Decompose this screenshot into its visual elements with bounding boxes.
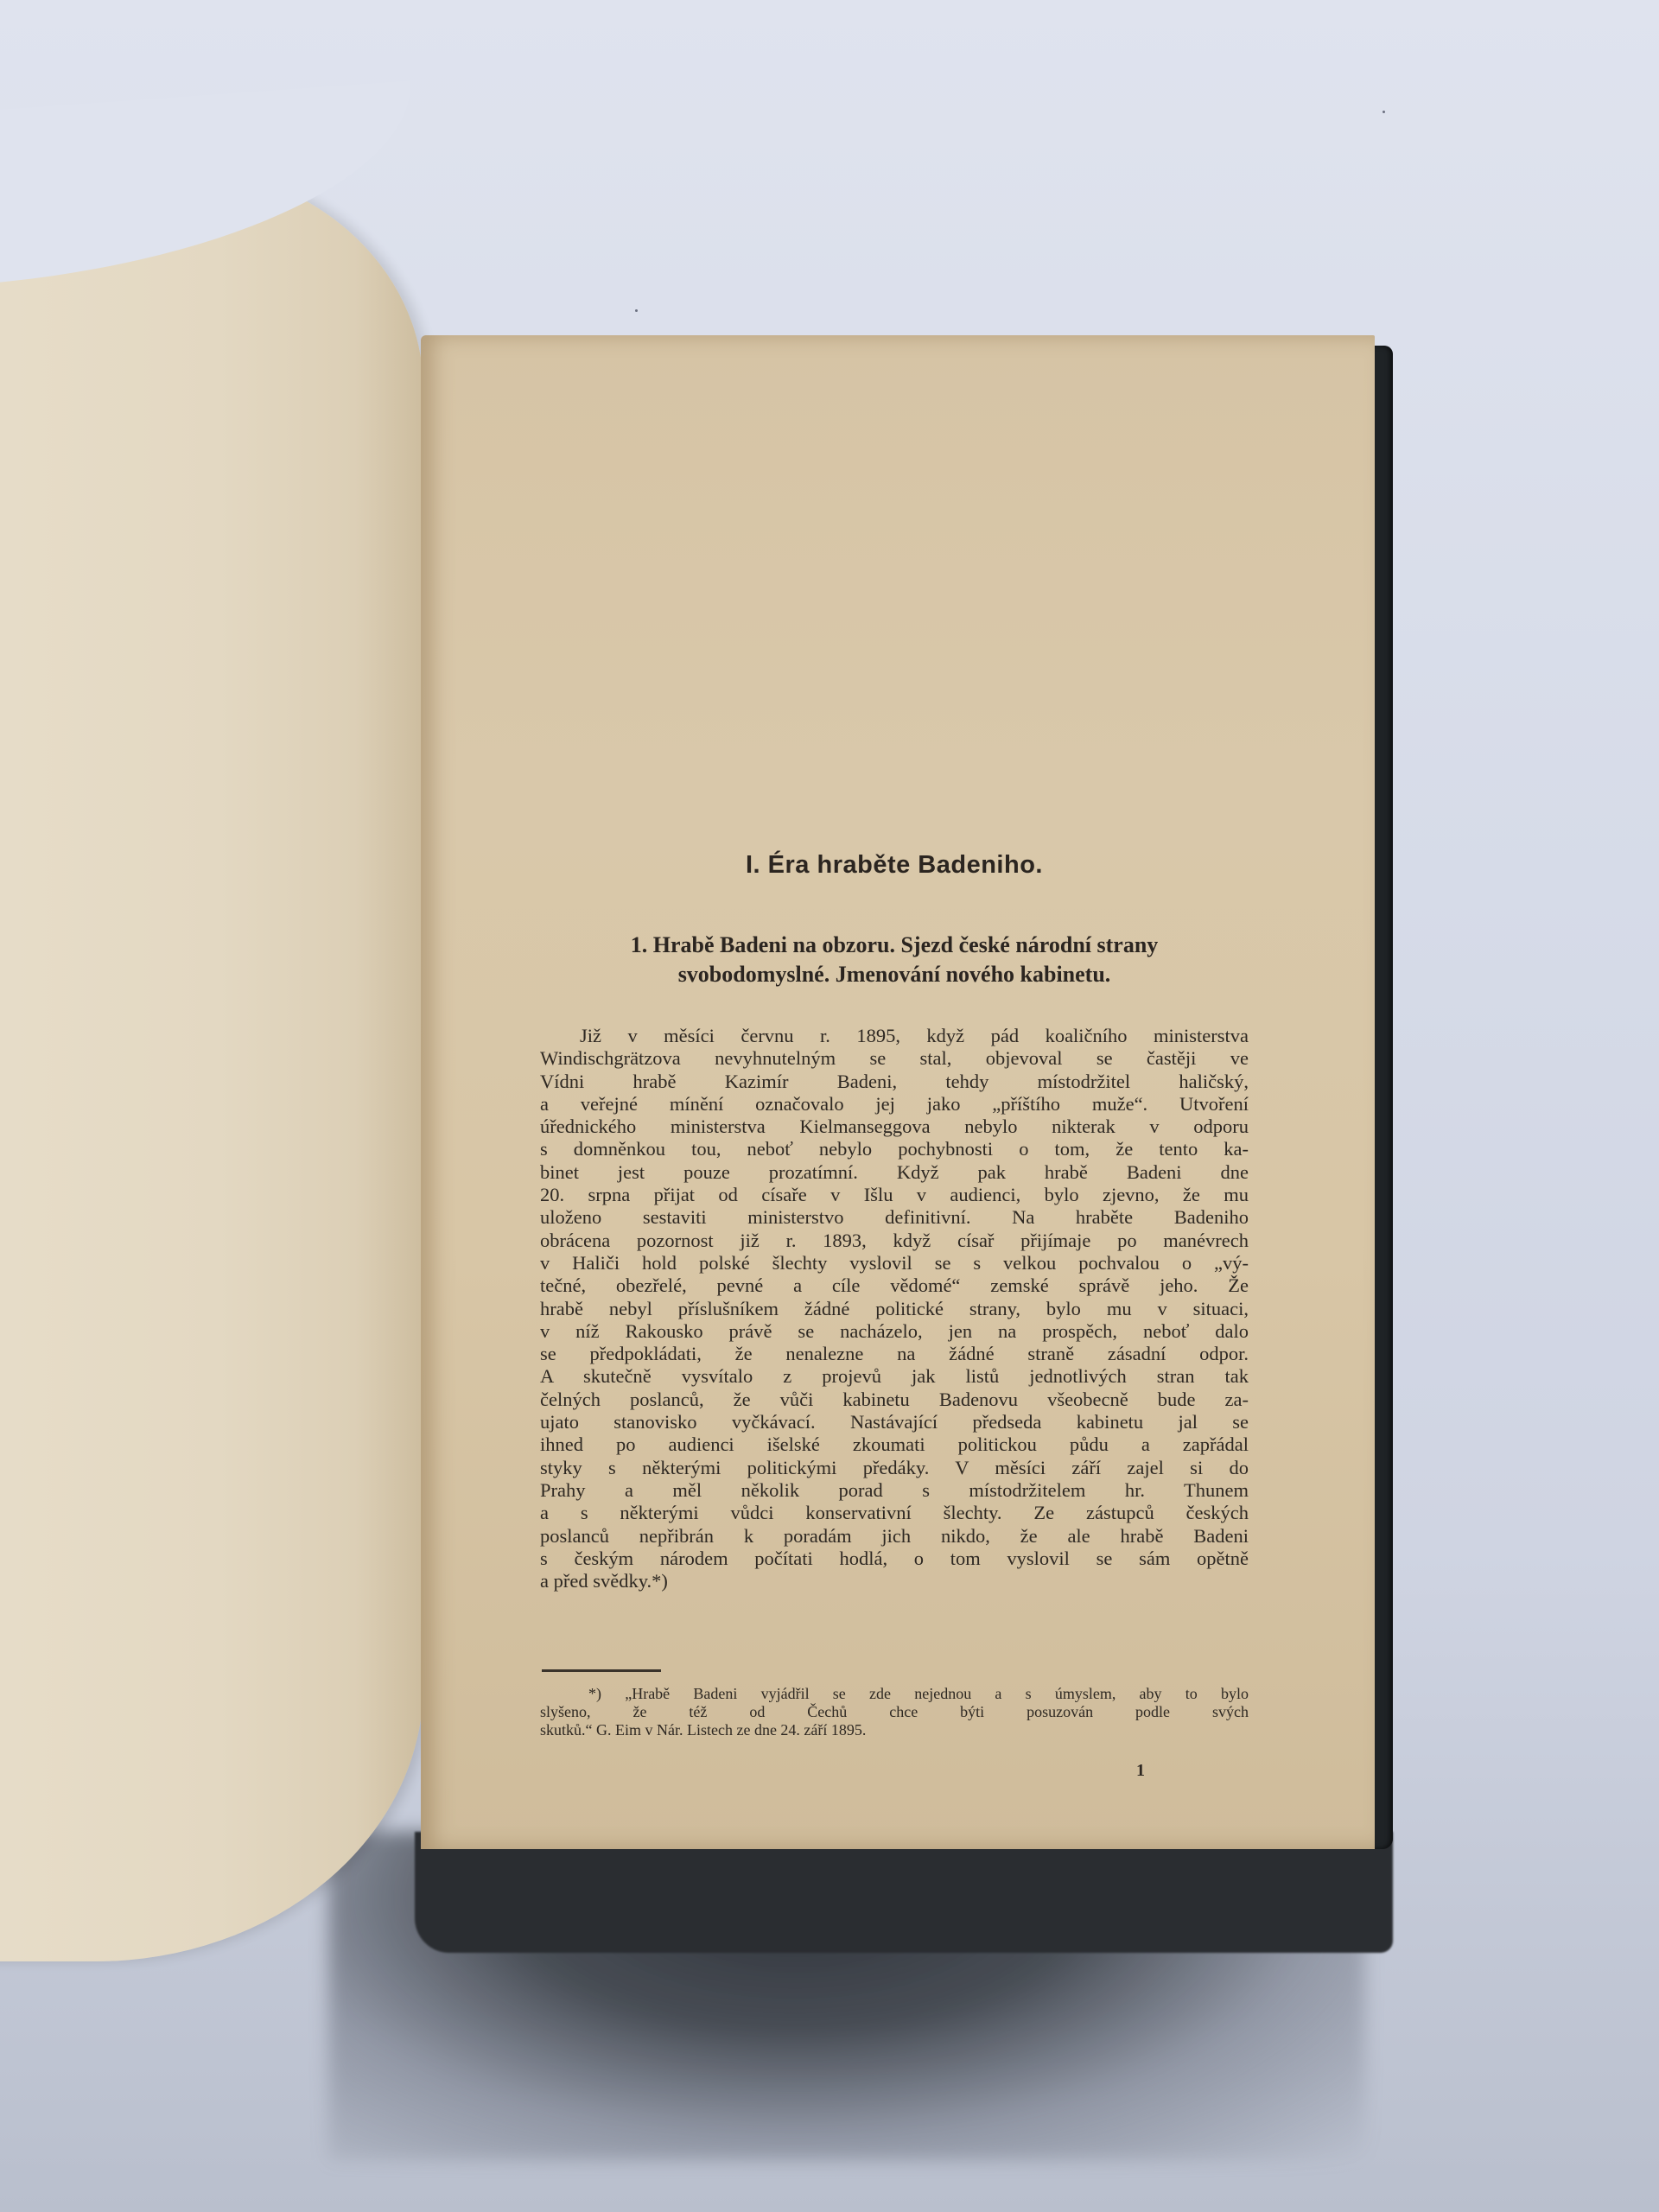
text-line: styky s některými politickými předáky. V…	[540, 1457, 1249, 1479]
footnote-line: slyšeno, že též od Čechů chce býti posuz…	[540, 1703, 1249, 1721]
section-heading: 1. Hrabě Badeni na obzoru. Sjezd české n…	[540, 931, 1249, 989]
text-line: hrabě nebyl příslušníkem žádné politické…	[540, 1298, 1249, 1320]
footnote-line: skutků.“ G. Eim v Nár. Listech ze dne 24…	[540, 1721, 1249, 1739]
section-heading-line: svobodomyslné. Jmenování nového kabinetu…	[540, 960, 1249, 989]
text-line: ihned po audienci išelské zkoumati polit…	[540, 1433, 1249, 1456]
text-line: poslanců nepřibrán k poradám jich nikdo,…	[540, 1525, 1249, 1548]
text-line: a veřejné mínění označovalo jej jako „př…	[540, 1093, 1249, 1116]
text-line: úřednického ministerstva Kielmanseggova …	[540, 1116, 1249, 1138]
text-line: 20. srpna přijat od císaře v Išlu v audi…	[540, 1184, 1249, 1206]
text-line: uloženo sestaviti ministerstvo definitiv…	[540, 1206, 1249, 1229]
footnote-line: *) „Hrabě Badeni vyjádřil se zde nejedno…	[540, 1685, 1249, 1703]
text-line: Již v měsíci červnu r. 1895, když pád ko…	[540, 1025, 1249, 1047]
text-line: A skutečně vysvítalo z projevů jak listů…	[540, 1365, 1249, 1388]
dust-speck	[635, 309, 638, 312]
text-line: čelných poslanců, že vůči kabinetu Baden…	[540, 1389, 1249, 1411]
body-paragraph: Již v měsíci červnu r. 1895, když pád ko…	[540, 1025, 1249, 1592]
chapter-title: I. Éra hraběte Badeniho.	[540, 851, 1249, 880]
text-line: ujato stanovisko vyčkávací. Nastávající …	[540, 1411, 1249, 1433]
section-heading-line: 1. Hrabě Badeni na obzoru. Sjezd české n…	[540, 931, 1249, 960]
text-line: Vídni hrabě Kazimír Badeni, tehdy místod…	[540, 1071, 1249, 1093]
text-line: Windischgrätzova nevyhnutelným se stal, …	[540, 1047, 1249, 1070]
text-line: binet jest pouze prozatímní. Když pak hr…	[540, 1161, 1249, 1184]
text-line: v Haliči hold polské šlechty vyslovil se…	[540, 1252, 1249, 1274]
left-page-curved	[0, 164, 423, 1961]
book-cover-bottom	[415, 1832, 1393, 1953]
text-line: v níž Rakousko právě se nacházelo, jen n…	[540, 1320, 1249, 1343]
footnote: *) „Hrabě Badeni vyjádřil se zde nejedno…	[540, 1685, 1249, 1739]
text-line: a před svědky.*)	[540, 1570, 1249, 1592]
text-line: Prahy a měl několik porad s místodržitel…	[540, 1479, 1249, 1502]
text-line: tečné, obezřelé, pevné a cíle vědomé“ ze…	[540, 1274, 1249, 1297]
footnote-divider	[542, 1669, 661, 1672]
text-line: se předpokládati, že nenalezne na žádné …	[540, 1343, 1249, 1365]
page-number: 1	[1136, 1761, 1145, 1781]
dust-speck	[1382, 111, 1385, 113]
text-line: s domněnkou tou, neboť nebylo pochybnost…	[540, 1138, 1249, 1160]
text-line: a s některými vůdci konservativní šlecht…	[540, 1502, 1249, 1524]
text-line: s českým národem počítati hodlá, o tom v…	[540, 1548, 1249, 1570]
text-line: obrácena pozornost již r. 1893, když cís…	[540, 1230, 1249, 1252]
